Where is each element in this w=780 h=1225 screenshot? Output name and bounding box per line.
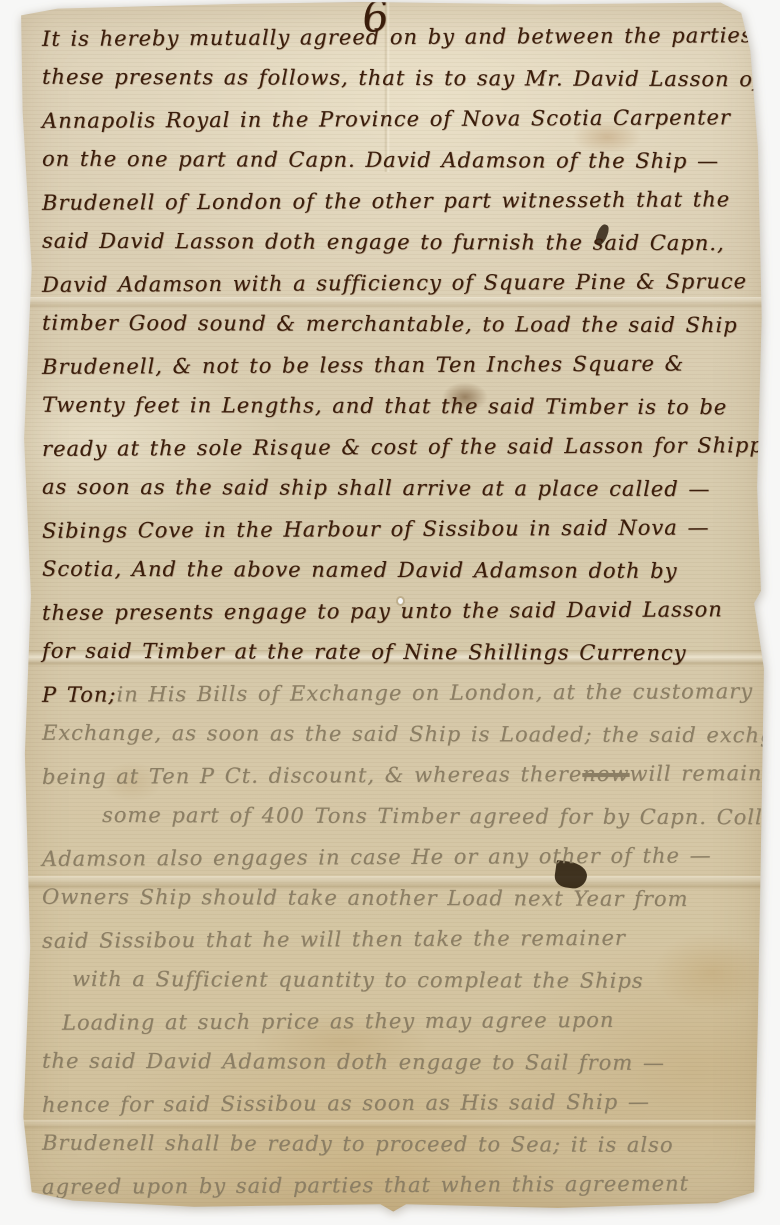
document-line: Adamson also engages in case He or any o…	[42, 834, 764, 879]
document-line: Exchange, as soon as the said Ship is Lo…	[42, 712, 764, 756]
document-line: the said David Adamson doth engage to Sa…	[42, 1040, 764, 1084]
document-line: on the one part and Capn. David Adamson …	[42, 138, 764, 182]
scan-background: { "colors": { "scan_background": "#f7f7f…	[0, 0, 780, 1225]
document-line: David Adamson with a sufficiency of Squa…	[42, 260, 764, 305]
document-line: Annapolis Royal in the Province of Nova …	[42, 96, 764, 141]
document-line: Loading at such price as they may agree …	[42, 998, 764, 1043]
document-line: Twenty feet in Lengths, and that the sai…	[42, 384, 764, 428]
document-line-segment: being at Ten P Ct. discount, & whereas t…	[42, 762, 582, 789]
document-line-segment: agreed upon by said parties that when th…	[42, 1171, 689, 1198]
document-line: timber Good sound & merchantable, to Loa…	[42, 302, 764, 346]
document-line: with a Sufficient quantity to compleat t…	[42, 958, 764, 1002]
document-line: being at Ten P Ct. discount, & whereas t…	[42, 752, 764, 797]
document-line-segment: Annapolis Royal in the Province of Nova …	[42, 105, 731, 133]
document-line-segment: Scotia, And the above named David Adamso…	[42, 556, 678, 582]
document-line-segment: with a Sufficient quantity to compleat t…	[72, 966, 644, 992]
document-line: Brudenell, & not to be less than Ten Inc…	[42, 342, 764, 387]
document-line: said David Lasson doth engage to furnish…	[42, 220, 764, 264]
document-lines: It is hereby mutually agreed on by and b…	[42, 16, 764, 1205]
document-line-segment: David Adamson with a sufficiency of Squa…	[42, 269, 747, 297]
document-line-segment: ready at the sole Risque & cost of the s…	[42, 432, 780, 460]
document-line: agreed upon by said parties that when th…	[42, 1162, 764, 1207]
document-line: Brudenell of London of the other part wi…	[42, 178, 764, 223]
document-line-segment: Loading at such price as they may agree …	[62, 1007, 615, 1034]
document-line: hence for said Sissibou as soon as His s…	[42, 1080, 764, 1125]
document-line-segment: Twenty feet in Lengths, and that the sai…	[42, 392, 727, 418]
document-line-segment: in His Bills of Exchange on London, at t…	[116, 679, 753, 706]
document-line-segment: timber Good sound & merchantable, to Loa…	[42, 310, 738, 336]
document-line-segment: It is hereby mutually agreed on by and b…	[42, 22, 780, 50]
document-line: Sibings Cove in the Harbour of Sissibou …	[42, 506, 764, 551]
document-line-segment: will remain	[629, 761, 762, 786]
document-line-segment: some part of 400 Tons Timber agreed for …	[102, 802, 780, 829]
document-line-segment: said David Lasson doth engage to furnish…	[42, 228, 725, 254]
document-line-segment: Brudenell, & not to be less than Ten Inc…	[42, 351, 684, 378]
paper-sheet: 6 It is hereby mutually agreed on by and…	[12, 2, 770, 1214]
document-line-segment: for said Timber at the rate of Nine Shil…	[42, 638, 687, 664]
document-line-segment: the said David Adamson doth engage to Sa…	[42, 1048, 665, 1074]
document-line-segment: hence for said Sissibou as soon as His s…	[42, 1089, 650, 1116]
document-line-segment: Brudenell shall be ready to proceed to S…	[42, 1130, 674, 1156]
paper-wrap: 6 It is hereby mutually agreed on by and…	[0, 0, 780, 1225]
document-line-segment: these presents as follows, that is to sa…	[42, 64, 780, 91]
document-line: Brudenell shall be ready to proceed to S…	[42, 1122, 764, 1166]
document-line: Scotia, And the above named David Adamso…	[42, 548, 764, 592]
document-line: as soon as the said ship shall arrive at…	[42, 466, 764, 510]
document-line-segment: Adamson also engages in case He or any o…	[42, 843, 712, 871]
document-line: for said Timber at the rate of Nine Shil…	[42, 630, 764, 674]
document-line: Owners Ship should take another Load nex…	[42, 876, 764, 920]
document-line-segment: Sibings Cove in the Harbour of Sissibou …	[42, 515, 710, 542]
document-line-segment: Owners Ship should take another Load nex…	[42, 884, 689, 910]
document-line: ready at the sole Risque & cost of the s…	[42, 424, 764, 469]
document-line-segment: said Sissibou that he will then take the…	[42, 925, 626, 952]
document-line-segment: P Ton;	[42, 682, 117, 706]
document-line: said Sissibou that he will then take the…	[42, 916, 764, 961]
document-line: It is hereby mutually agreed on by and b…	[42, 14, 764, 59]
document-line: some part of 400 Tons Timber agreed for …	[42, 794, 764, 838]
document-line: these presents as follows, that is to sa…	[42, 56, 764, 100]
document-line-segment: Exchange, as soon as the said Ship is Lo…	[42, 720, 780, 747]
document-line-segment: these presents engage to pay unto the sa…	[42, 597, 723, 625]
document-line-segment: now	[582, 761, 629, 785]
document-line-segment: as soon as the said ship shall arrive at…	[42, 474, 710, 500]
document-line-segment: on the one part and Capn. David Adamson …	[42, 146, 719, 172]
document-line: P Ton; in His Bills of Exchange on Londo…	[42, 670, 764, 715]
document-line: these presents engage to pay unto the sa…	[42, 588, 764, 633]
document-line-segment: Brudenell of London of the other part wi…	[42, 187, 730, 215]
